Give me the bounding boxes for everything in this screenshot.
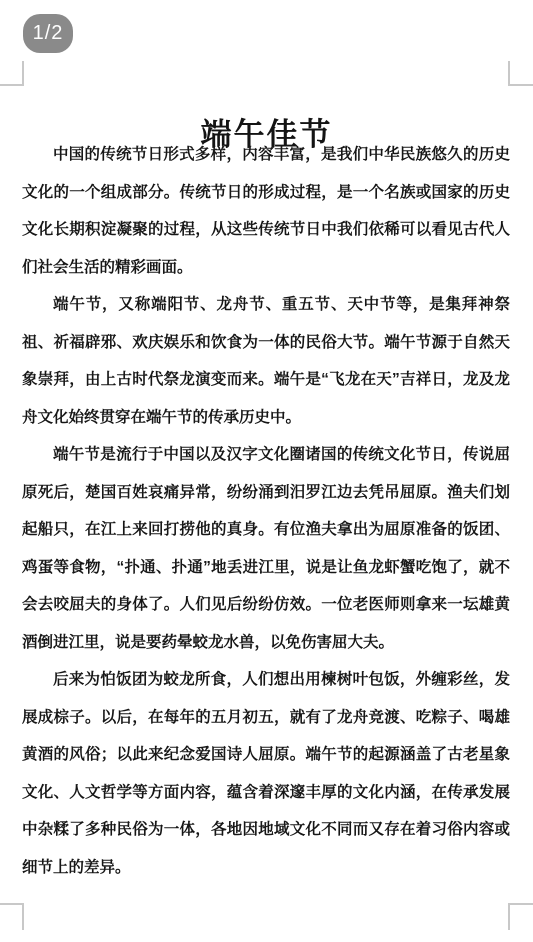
crop-mark-top-left-icon xyxy=(0,61,24,86)
document-preview-screen: 1/2 端午佳节 中国的传统节日形式多样，内容丰富，是我们中华民族悠久的历史文化… xyxy=(0,0,533,942)
crop-mark-top-right-icon xyxy=(508,61,533,86)
document-body: 中国的传统节日形式多样，内容丰富，是我们中华民族悠久的历史文化的一个组成部分。传… xyxy=(22,136,510,886)
paragraph: 中国的传统节日形式多样，内容丰富，是我们中华民族悠久的历史文化的一个组成部分。传… xyxy=(22,136,510,286)
crop-mark-bottom-right-icon xyxy=(508,903,533,930)
paragraph: 后来为怕饭团为蛟龙所食，人们想出用楝树叶包饭，外缠彩丝，发展成棕子。以后，在每年… xyxy=(22,661,510,886)
paragraph: 端午节，又称端阳节、龙舟节、重五节、天中节等，是集拜神祭祖、祈福辟邪、欢庆娱乐和… xyxy=(22,286,510,436)
crop-mark-bottom-left-icon xyxy=(0,903,24,930)
paragraph: 端午节是流行于中国以及汉字文化圈诸国的传统文化节日，传说屈原死后，楚国百姓哀痛异… xyxy=(22,436,510,661)
page-indicator-badge: 1/2 xyxy=(23,14,73,53)
